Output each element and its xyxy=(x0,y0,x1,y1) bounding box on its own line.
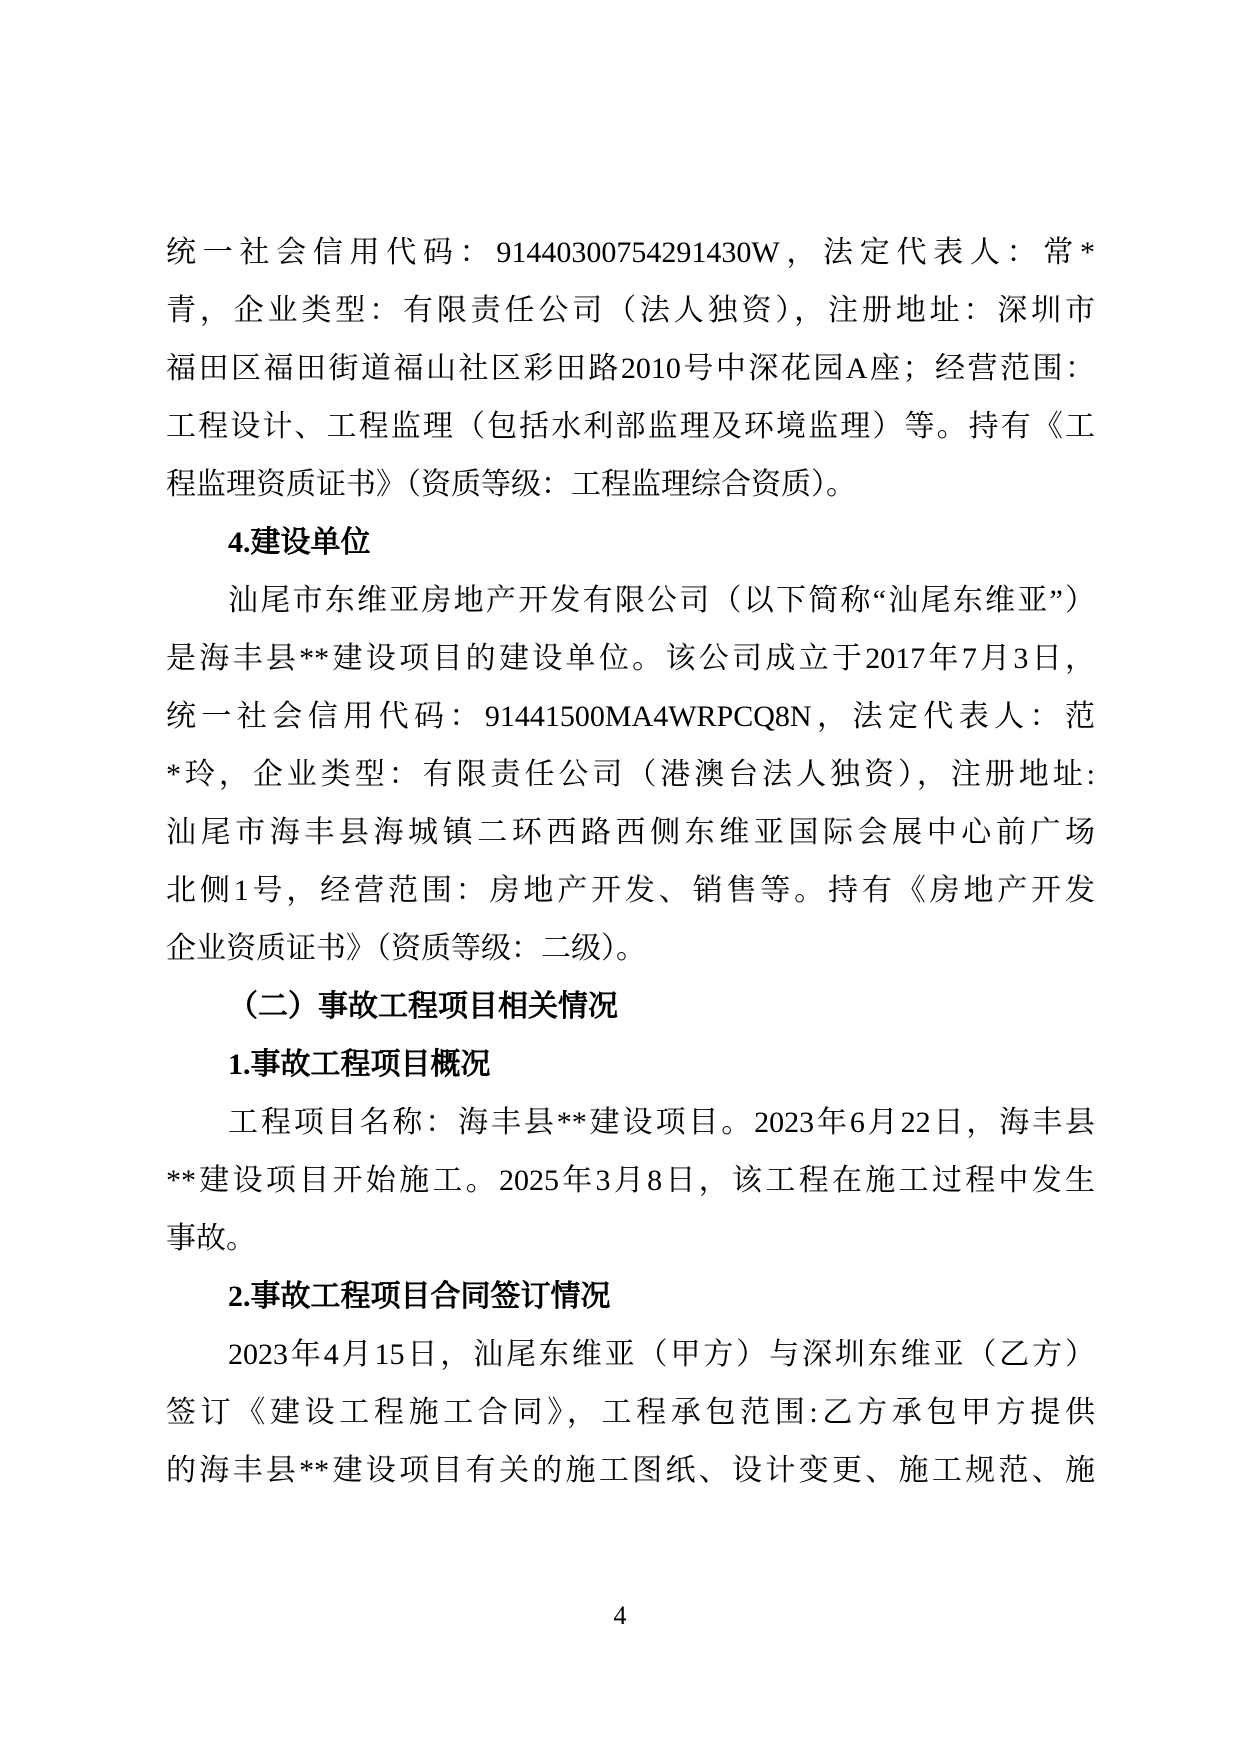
text-line: 北侧1号，经营范围：房地产开发、销售等。持有《房地产开发 xyxy=(166,862,1095,920)
section-heading-construction-unit: 4.建设单位 xyxy=(166,514,1095,572)
document-body: 统一社会信用代码：91440300754291430W，法定代表人：常* 青，企… xyxy=(166,224,1095,1500)
text-line: 统一社会信用代码：91440300754291430W，法定代表人：常* xyxy=(166,224,1095,282)
text-line: 企业资质证书》（资质等级：二级）。 xyxy=(166,920,1095,978)
section-heading-accident-project: （二）事故工程项目相关情况 xyxy=(166,978,1095,1036)
text-line: 工程设计、工程监理（包括水利部监理及环境监理）等。持有《工 xyxy=(166,398,1095,456)
text-line: 签订《建设工程施工合同》，工程承包范围:乙方承包甲方提供 xyxy=(166,1384,1095,1442)
text-line: 汕尾市东维亚房地产开发有限公司（以下简称“汕尾东维亚”） xyxy=(166,572,1095,630)
text-line: 2023年4月15日，汕尾东维亚（甲方）与深圳东维亚（乙方） xyxy=(166,1326,1095,1384)
text-line: 福田区福田街道福山社区彩田路2010号中深花园A座；经营范围： xyxy=(166,340,1095,398)
text-line: 统一社会信用代码：91441500MA4WRPCQ8N，法定代表人：范 xyxy=(166,688,1095,746)
text-line: 青，企业类型：有限责任公司（法人独资），注册地址：深圳市 xyxy=(166,282,1095,340)
section-heading-project-overview: 1.事故工程项目概况 xyxy=(166,1036,1095,1094)
text-line: 汕尾市海丰县海城镇二环西路西侧东维亚国际会展中心前广场 xyxy=(166,804,1095,862)
text-line: 程监理资质证书》（资质等级：工程监理综合资质）。 xyxy=(166,456,1095,514)
section-heading-contract-signing: 2.事故工程项目合同签订情况 xyxy=(166,1268,1095,1326)
text-line: 工程项目名称：海丰县**建设项目。2023年6月22日，海丰县 xyxy=(166,1094,1095,1152)
text-line: *玲，企业类型：有限责任公司（港澳台法人独资），注册地址: xyxy=(166,746,1095,804)
text-line: **建设项目开始施工。2025年3月8日，该工程在施工过程中发生 xyxy=(166,1152,1095,1210)
document-page: 统一社会信用代码：91440300754291430W，法定代表人：常* 青，企… xyxy=(0,0,1240,1753)
text-line: 事故。 xyxy=(166,1210,1095,1268)
text-line: 的海丰县**建设项目有关的施工图纸、设计变更、施工规范、施 xyxy=(166,1442,1095,1500)
text-line: 是海丰县**建设项目的建设单位。该公司成立于2017年7月3日， xyxy=(166,630,1095,688)
page-number: 4 xyxy=(0,1596,1240,1636)
